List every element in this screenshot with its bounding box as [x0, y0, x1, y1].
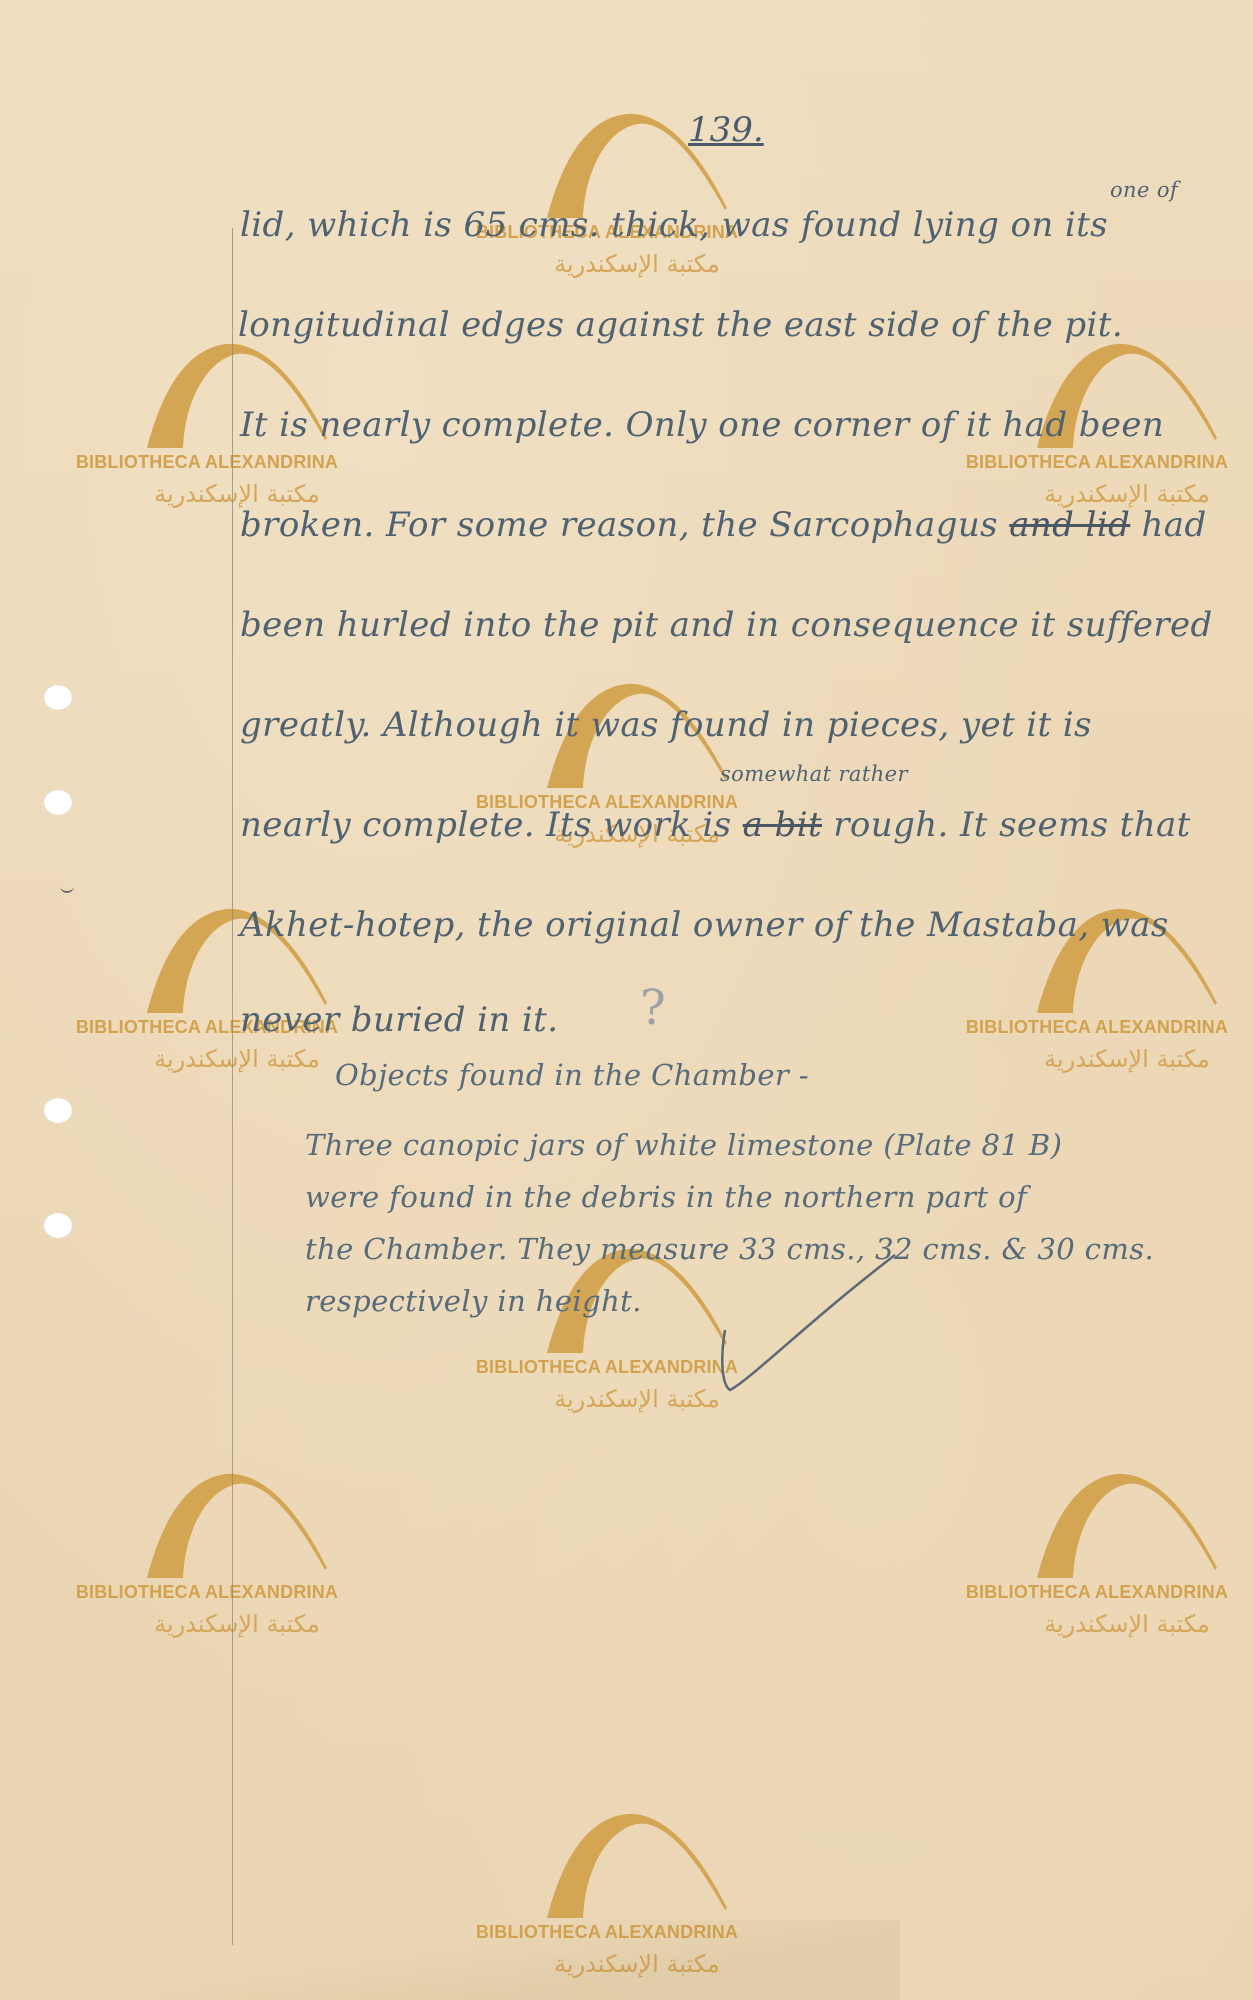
page-fold-shadow [0, 1920, 900, 2000]
watermark-text-english: BIBLIOTHECA ALEXANDRINA [47, 452, 367, 473]
margin-query-mark: ? [640, 980, 666, 1036]
punch-hole [43, 1212, 73, 1239]
watermark-text-arabic: مكتبة الإسكندرية [107, 480, 367, 508]
text-line: never buried in it. [240, 1000, 558, 1040]
watermark-text-english: BIBLIOTHECA ALEXANDRINA [937, 452, 1253, 473]
text-line: were found in the debris in the northern… [305, 1180, 1027, 1214]
text-line: Akhet-hotep, the original owner of the M… [240, 905, 1169, 945]
section-heading: Objects found in the Chamber - [335, 1058, 809, 1092]
insertion-note: somewhat rather [720, 762, 908, 786]
watermark: BIBLIOTHECA ALEXANDRINA مكتبة الإسكندرية [937, 1470, 1253, 1660]
watermark: BIBLIOTHECA ALEXANDRINA مكتبة الإسكندرية [47, 1470, 367, 1660]
text-line: Three canopic jars of white limestone (P… [305, 1128, 1062, 1162]
watermark-text-arabic: مكتبة الإسكندرية [997, 1045, 1253, 1073]
text-line: lid, which is 65 cms. thick, was found l… [240, 205, 1108, 245]
insertion-note: one of [1110, 178, 1178, 202]
watermark-text-english: BIBLIOTHECA ALEXANDRINA [937, 1017, 1253, 1038]
punch-hole [43, 1097, 73, 1124]
watermark-text-arabic: مكتبة الإسكندرية [507, 1950, 767, 1978]
struck-text: and lid [1009, 505, 1130, 545]
text-line: It is nearly complete. Only one corner o… [240, 405, 1164, 445]
watermark-arch-icon [487, 1810, 727, 1920]
stray-ink-mark [60, 885, 74, 893]
struck-text: a bit [743, 805, 822, 845]
text-segment: nearly complete. Its work is [240, 805, 743, 845]
watermark-text-english: BIBLIOTHECA ALEXANDRINA [447, 1922, 767, 1943]
watermark-arch-icon [977, 1470, 1217, 1580]
punch-hole [43, 789, 73, 816]
watermark-text-arabic: مكتبة الإسكندرية [507, 250, 767, 278]
text-segment: rough. It seems that [822, 805, 1191, 845]
text-line: longitudinal edges against the east side… [238, 305, 1123, 345]
check-mark-icon [710, 1250, 900, 1400]
watermark-text-arabic: مكتبة الإسكندرية [997, 1610, 1253, 1638]
watermark: BIBLIOTHECA ALEXANDRINA مكتبة الإسكندرية [447, 1810, 767, 2000]
text-segment: had [1130, 505, 1206, 545]
watermark-text-arabic: مكتبة الإسكندرية [107, 1045, 367, 1073]
punch-hole [43, 684, 73, 711]
page-number: 139. [688, 110, 764, 150]
text-line: been hurled into the pit and in conseque… [240, 605, 1213, 645]
manuscript-page: BIBLIOTHECA ALEXANDRINA مكتبة الإسكندرية… [0, 0, 1253, 2000]
watermark-text-english: BIBLIOTHECA ALEXANDRINA [47, 1582, 367, 1603]
text-line: greatly. Although it was found in pieces… [240, 705, 1092, 745]
watermark-arch-icon [87, 1470, 327, 1580]
margin-rule [232, 228, 233, 1945]
watermark-text-english: BIBLIOTHECA ALEXANDRINA [937, 1582, 1253, 1603]
watermark-text-arabic: مكتبة الإسكندرية [107, 1610, 367, 1638]
text-line: broken. For some reason, the Sarcophagus… [240, 505, 1207, 545]
watermark-text-arabic: مكتبة الإسكندرية [997, 480, 1253, 508]
text-line: respectively in height. [305, 1284, 642, 1318]
text-line: nearly complete. Its work is a bit rough… [240, 805, 1191, 845]
text-segment: broken. For some reason, the Sarcophagus [240, 505, 1009, 545]
